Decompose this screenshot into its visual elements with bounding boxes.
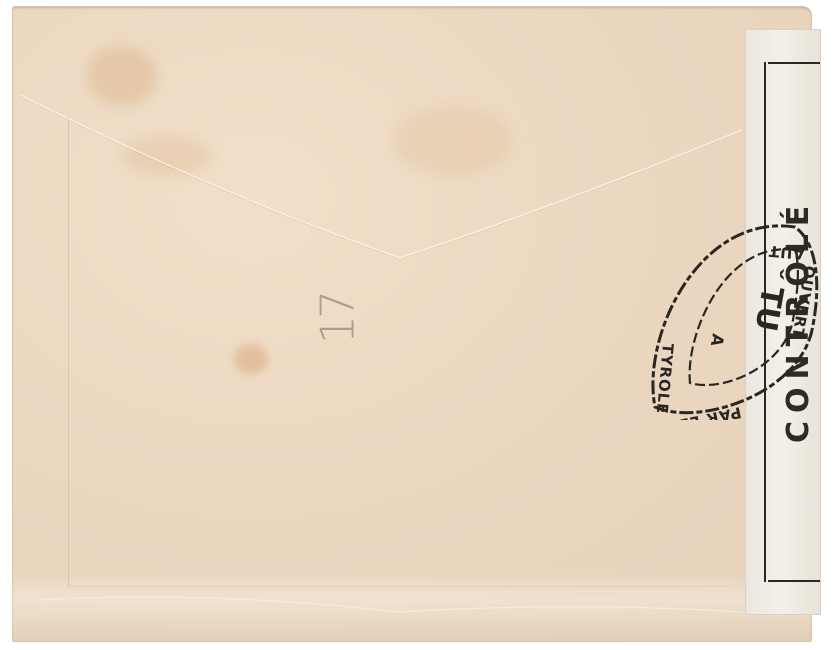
label-border-line bbox=[768, 62, 820, 64]
censor-label-text: CONTRÔLÉ bbox=[779, 160, 819, 480]
envelope-inner-edge bbox=[68, 586, 728, 587]
label-border-line bbox=[764, 62, 766, 582]
label-border-line bbox=[768, 580, 820, 582]
foxing-stain bbox=[122, 136, 212, 176]
foxing-stain bbox=[234, 344, 268, 374]
censor-label: CONTRÔLÉ bbox=[746, 30, 820, 614]
foxing-stain bbox=[87, 46, 157, 106]
envelope-inner-edge bbox=[68, 116, 69, 586]
pencil-annotation: 17 bbox=[310, 294, 364, 345]
foxing-stain bbox=[392, 106, 512, 176]
envelope-back bbox=[12, 6, 812, 642]
